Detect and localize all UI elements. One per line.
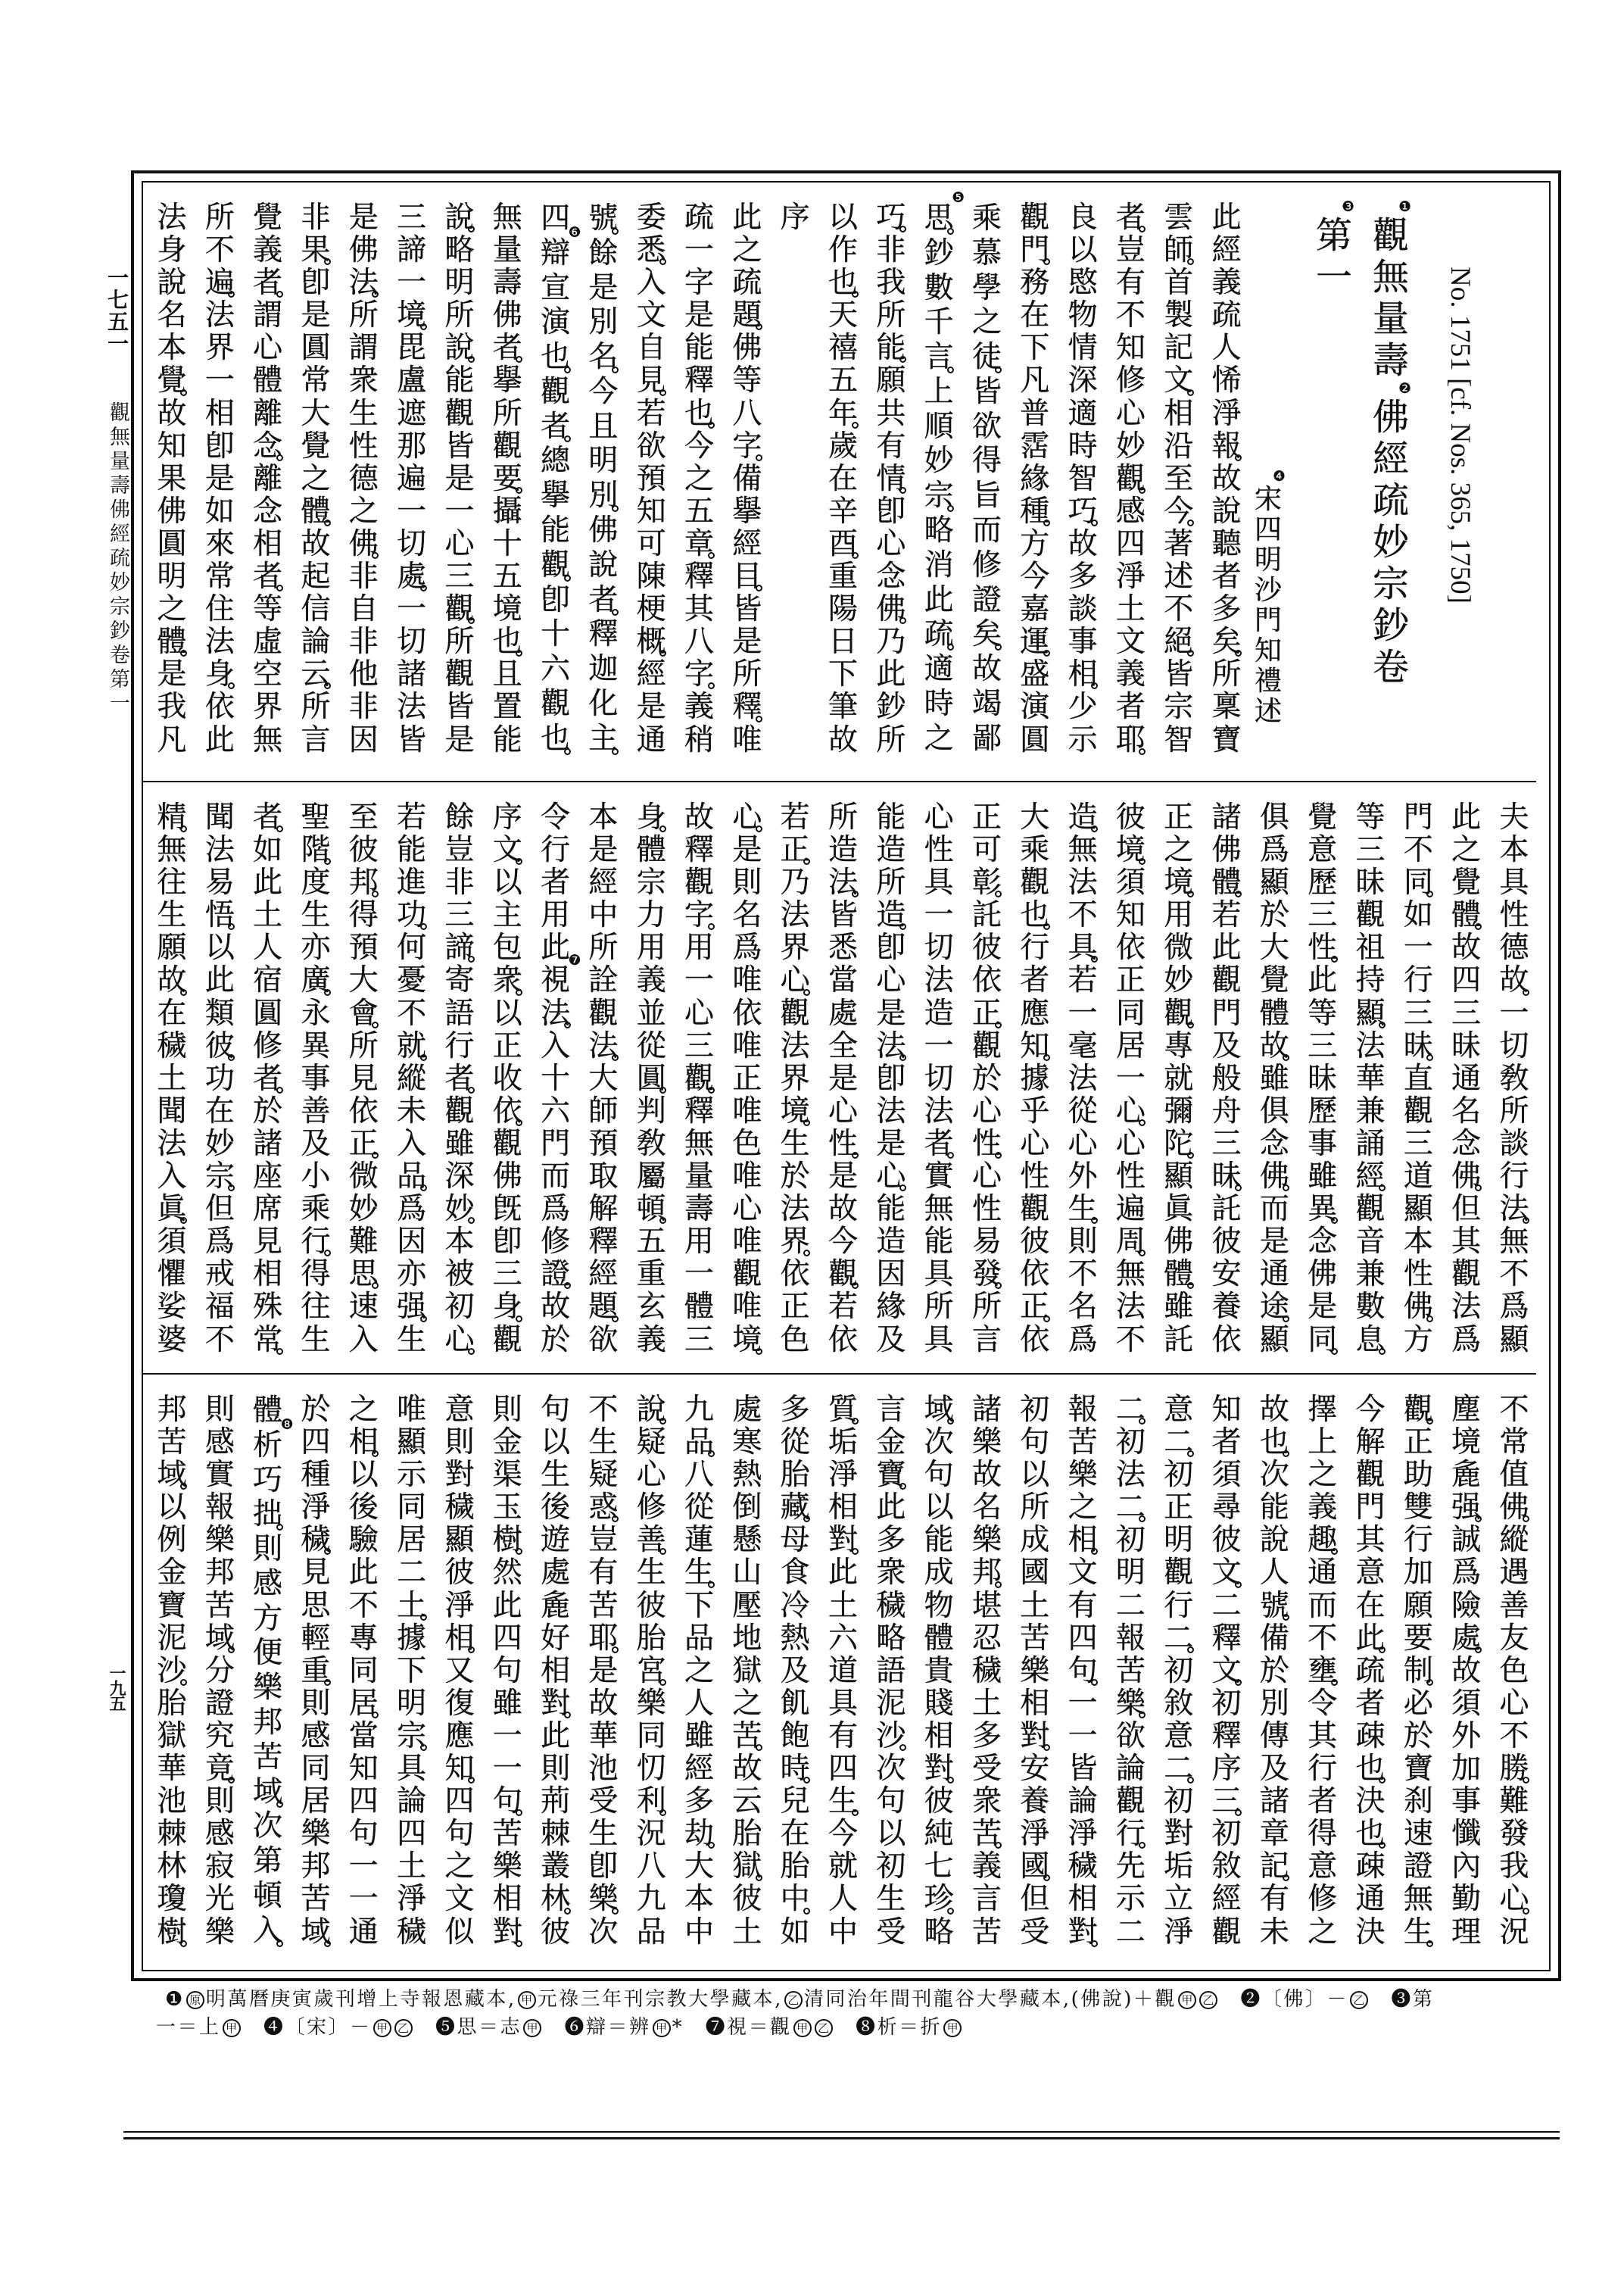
glyph: 雖 [1299, 1160, 1346, 1193]
glyph: 絕 [1155, 626, 1202, 658]
glyph: 則 [196, 1785, 243, 1818]
glyph: 法 [868, 1030, 915, 1063]
glyph: 穢 [436, 1491, 483, 1524]
glyph: 如 [245, 834, 291, 866]
text-column: 初句以所成國土苦樂相對。安養淨國。但受 [1011, 1393, 1058, 1949]
glyph: 心 [245, 332, 291, 364]
glyph: 演 [532, 305, 579, 340]
glyph: 謂 [245, 299, 291, 332]
glyph: 難 [340, 1225, 387, 1258]
glyph: 釋 [1203, 1622, 1250, 1655]
glyph: 觀 [1347, 1193, 1394, 1225]
glyph: 千 [915, 305, 962, 340]
glyph: 雖 [1251, 1063, 1298, 1095]
glyph: 二 [1107, 1491, 1154, 1524]
text-column: 言金寶。此多衆穢略語泥沙。次句以初生受 [868, 1393, 915, 1949]
glyph: 祖 [1347, 932, 1394, 964]
glyph: 座 [245, 1160, 291, 1193]
glyph: 依 [1011, 1324, 1058, 1356]
glyph: 衆 [484, 964, 531, 997]
glyph: 之 [1155, 834, 1202, 866]
glyph: 七 [915, 1850, 962, 1883]
glyph: 德 [340, 463, 387, 495]
glyph: 境 [1155, 866, 1202, 899]
glyph: 觀 [436, 398, 483, 430]
glyph: 者 [245, 560, 291, 593]
glyph: 爲 [1443, 1324, 1490, 1356]
glyph: 悟 [196, 899, 243, 932]
glyph: 後 [340, 1491, 387, 1524]
glyph: 戒 [196, 1258, 243, 1290]
glyph: 義 [1203, 267, 1250, 299]
text-column: 諸樂故名樂邦。堪忍穢土多受衆苦。義言苦 [963, 1393, 1010, 1949]
glyph: 巧 [868, 201, 915, 234]
glyph: 皆 [820, 899, 867, 932]
glyph: 心 [868, 964, 915, 997]
glyph: 感 [245, 1567, 291, 1602]
glyph: 他 [340, 658, 387, 691]
glyph: 入 [245, 1914, 291, 1949]
glyph: 委 [628, 201, 675, 234]
glyph: 諸 [1251, 1785, 1298, 1818]
glyph: 今 [1011, 560, 1058, 593]
glyph: 體 [915, 1622, 962, 1655]
glyph: 法 [340, 267, 387, 299]
glyph: 德 [1491, 932, 1538, 964]
glyph: 可 [963, 834, 1010, 866]
glyph: 義 [1107, 658, 1154, 691]
glyph: 境 [724, 1324, 771, 1356]
glyph: 正 [724, 1063, 771, 1095]
glyph: 寶 [1395, 1752, 1442, 1785]
glyph: 度 [292, 866, 339, 899]
glyph: 用 [532, 899, 579, 932]
glyph: 略 [868, 1622, 915, 1655]
glyph: 行 [1395, 1524, 1442, 1556]
glyph: 此 [1443, 801, 1490, 834]
glyph: 胎 [771, 1850, 818, 1883]
glyph: 永 [292, 997, 339, 1030]
glyph: 險 [1443, 1590, 1490, 1622]
glyph: 一 [1059, 1720, 1106, 1752]
glyph: 佛 [340, 528, 387, 560]
glyph: 易 [196, 866, 243, 899]
glyph: 鈔 [915, 236, 962, 271]
glyph: 界 [245, 691, 291, 723]
glyph: 生 [771, 1128, 818, 1160]
glyph: 果 [292, 234, 339, 267]
glyph: 體 [1443, 899, 1490, 932]
glyph: 道 [820, 1655, 867, 1687]
glyph: 品 [676, 1622, 723, 1655]
glyph: 則 [245, 1532, 291, 1567]
glyph: 修 [245, 1030, 291, 1063]
glyph: 受 [868, 1916, 915, 1949]
glyph: 見 [245, 1225, 291, 1258]
glyph: 如 [196, 495, 243, 528]
glyph: 此 [1347, 1622, 1394, 1655]
text-column: 知者須尋彼文。二釋文。初釋序三。初敘經觀 [1203, 1393, 1250, 1949]
glyph: 釋 [1203, 1720, 1250, 1752]
glyph: 觀 [1347, 1459, 1394, 1491]
glyph: 胎 [628, 1622, 675, 1655]
text-column: 覺意歷三性。此等三昧歷事雖異。念佛是同。 [1299, 801, 1346, 1356]
glyph: 乃 [771, 866, 818, 899]
glyph: 疏 [676, 201, 723, 234]
edition-siglum: 乙 [1199, 1991, 1217, 2009]
glyph: 性 [1395, 1258, 1442, 1290]
glyph: 者 [580, 583, 627, 618]
glyph: 上 [915, 375, 962, 410]
glyph: 八 [628, 1850, 675, 1883]
glyph: 光 [196, 1883, 243, 1915]
glyph: 聖 [292, 801, 339, 834]
glyph: 得 [963, 444, 1010, 479]
glyph: 必 [1395, 1687, 1442, 1720]
glyph: 論 [292, 626, 339, 658]
glyph: 雙 [1395, 1491, 1442, 1524]
glyph: 專 [1155, 1030, 1202, 1063]
glyph: 種 [292, 1459, 339, 1491]
glyph: 須 [1203, 1459, 1250, 1491]
glyph: 共 [868, 398, 915, 430]
glyph: 者 [245, 1063, 291, 1095]
glyph: 遍 [388, 463, 435, 495]
glyph: 行 [436, 1030, 483, 1063]
glyph: 善 [628, 1524, 675, 1556]
text-column: 邦苦域。以例金寶泥沙。胎獄華池棘林瓊樹。 [148, 1393, 195, 1949]
glyph: 正 [771, 834, 818, 866]
glyph: 淨 [1203, 398, 1250, 430]
glyph: 言 [292, 724, 339, 757]
glyph: 易 [963, 1225, 1010, 1258]
glyph: 等 [1347, 801, 1394, 834]
glyph: 荊 [532, 1785, 579, 1818]
glyph: 今 [820, 1225, 867, 1258]
glyph: 此 [868, 1491, 915, 1524]
glyph: 果 [148, 463, 195, 495]
glyph: 門 [532, 1128, 579, 1160]
glyph: 但 [1011, 1883, 1058, 1915]
footnote-text: 明萬曆庚寅歲刊增上寺報恩藏本, [206, 1988, 516, 2011]
glyph: 法 [1347, 1030, 1394, 1063]
text-column: 俱爲顯於大覺體故。雖俱念佛。而是通途。顯 [1251, 801, 1298, 1356]
glyph: 遊 [532, 1524, 579, 1556]
glyph: 復 [436, 1687, 483, 1720]
glyph: 具 [388, 1752, 435, 1785]
glyph: 宣 [532, 271, 579, 306]
glyph: 樂 [1059, 1459, 1106, 1491]
glyph: 筆 [820, 691, 867, 723]
text-column: 意則對穢顯彼淨相。又復應知。四句之文似 [436, 1393, 483, 1949]
glyph: 助 [1395, 1459, 1442, 1491]
glyph: 竟 [196, 1752, 243, 1785]
glyph: 法 [1059, 1063, 1106, 1095]
glyph: 常 [245, 1324, 291, 1356]
glyph: 淨 [292, 1491, 339, 1524]
glyph: 乃 [868, 626, 915, 658]
glyph: 昧 [1443, 1030, 1490, 1063]
glyph: 方 [1395, 1324, 1442, 1356]
glyph: 初 [1155, 1459, 1202, 1491]
glyph: 爲 [196, 1225, 243, 1258]
glyph: 雖 [484, 1687, 531, 1720]
glyph: 能 [532, 513, 579, 548]
glyph: 林 [148, 1850, 195, 1883]
glyph: 學 [963, 271, 1010, 306]
glyph: 婆 [148, 1324, 195, 1356]
glyph: 性 [963, 1128, 1010, 1160]
glyph: 但 [196, 1193, 243, 1225]
glyph: 相 [1059, 658, 1106, 691]
glyph: 淨 [1011, 1818, 1058, 1850]
glyph: 懼 [148, 1258, 195, 1290]
glyph: 爲 [1491, 1290, 1538, 1323]
glyph: 須 [1443, 1687, 1490, 1720]
glyph: 彼 [915, 1785, 962, 1818]
glyph: 明 [388, 1687, 435, 1720]
text-column: 多從胎藏。母食冷熱及飢飽時。兒在胎中。如 [771, 1393, 818, 1949]
glyph: 刹 [1395, 1785, 1442, 1818]
glyph: 云 [292, 658, 339, 691]
glyph: 然 [484, 1556, 531, 1589]
glyph: 略 [915, 1916, 962, 1949]
edition-siglum: 甲 [793, 2019, 812, 2037]
glyph: 依 [724, 997, 771, 1030]
glyph: 非 [292, 201, 339, 234]
text-column: 四❻辯宣演也。觀者。總擧能觀。卽十六觀也。 [532, 201, 579, 757]
glyph: 中 [580, 899, 627, 932]
glyph: 少 [1059, 691, 1106, 723]
glyph: 心 [1059, 1128, 1106, 1160]
glyph: 觀 [1107, 463, 1154, 495]
glyph: 生 [532, 1459, 579, 1491]
glyph: 題 [580, 1290, 627, 1323]
glyph: 是 [628, 691, 675, 723]
glyph: 一 [915, 1030, 962, 1063]
glyph: 昧 [1395, 1030, 1442, 1063]
glyph: 倒 [724, 1491, 771, 1524]
glyph: 相 [1155, 398, 1202, 430]
glyph: 用 [676, 1225, 723, 1258]
glyph: 多 [1203, 593, 1250, 626]
glyph: 況 [1491, 1916, 1538, 1949]
glyph: 處 [388, 560, 435, 593]
glyph: 界 [196, 332, 243, 364]
glyph: 界 [771, 1063, 818, 1095]
glyph: 旨 [963, 479, 1010, 513]
edition-siglum: 甲 [373, 2019, 391, 2037]
glyph: 玄 [628, 1290, 675, 1323]
glyph: 人 [676, 1687, 723, 1720]
glyph: 觀 [436, 658, 483, 691]
glyph: 今 [580, 375, 627, 410]
glyph: 竭 [963, 687, 1010, 722]
glyph: 霑 [1011, 430, 1058, 463]
glyph: 心 [963, 1160, 1010, 1193]
glyph: 樂 [963, 1524, 1010, 1556]
edition-siglum: 乙 [394, 2019, 413, 2037]
glyph: 我 [868, 267, 915, 299]
glyph: 力 [628, 899, 675, 932]
glyph: 性 [1011, 1160, 1058, 1193]
bottom-rule-lower [123, 2137, 1560, 2139]
glyph: 無 [1491, 1225, 1538, 1258]
glyph: 願 [868, 364, 915, 397]
glyph: 依 [771, 1258, 818, 1290]
glyph: 淨 [436, 1590, 483, 1622]
glyph: 生 [1395, 1916, 1442, 1949]
glyph: 是 [580, 1655, 627, 1687]
glyph: 知 [1107, 332, 1154, 364]
glyph: 嘉 [1011, 593, 1058, 626]
glyph: 以 [484, 997, 531, 1030]
glyph: 三 [1299, 1030, 1346, 1063]
glyph: 入 [388, 1128, 435, 1160]
glyph: 觀 [484, 1128, 531, 1160]
glyph: 句 [915, 1459, 962, 1491]
glyph: 所 [868, 299, 915, 332]
glyph: 著 [1155, 528, 1202, 560]
glyph: 念 [1299, 1225, 1346, 1258]
glyph: 觀 [820, 1258, 867, 1290]
glyph: 決 [1347, 1785, 1394, 1818]
text-column: 序文。以主包衆。以正收依。觀佛旣卽三身。觀 [484, 801, 531, 1356]
glyph: 心 [436, 528, 483, 560]
glyph: 一 [676, 964, 723, 997]
glyph: 願 [148, 932, 195, 964]
glyph: 擧 [724, 495, 771, 528]
glyph: 文 [1203, 1556, 1250, 1589]
footnote-text: ❸第 [1370, 1988, 1435, 2011]
glyph: 無 [484, 201, 531, 234]
glyph: 顯 [388, 1426, 435, 1459]
glyph: 觀 [1011, 866, 1058, 899]
glyph: 故 [1443, 1655, 1490, 1687]
text-column: 雲師。首製記文。相沿至今。著述不絕。皆宗智 [1155, 201, 1202, 757]
glyph: 句 [484, 1785, 531, 1818]
glyph: 次 [580, 1916, 627, 1949]
glyph: 專 [340, 1622, 387, 1655]
glyph: 外 [1059, 1160, 1106, 1193]
glyph: 心 [1107, 1095, 1154, 1128]
glyph: 階 [292, 834, 339, 866]
glyph: 且 [580, 410, 627, 445]
glyph: 貴 [915, 1655, 962, 1687]
glyph: 知 [1011, 1030, 1058, 1063]
glyph: 悕 [1203, 364, 1250, 397]
glyph: 域 [915, 1393, 962, 1426]
glyph: 卽 [868, 495, 915, 528]
glyph: 觀 [1203, 1916, 1250, 1949]
glyph: 聞 [196, 801, 243, 834]
glyph: 得 [1299, 1818, 1346, 1850]
glyph: 發 [1491, 1818, 1538, 1850]
edition-siglum: 甲 [1178, 1991, 1196, 2009]
glyph: 之 [340, 495, 387, 528]
glyph: 此 [868, 658, 915, 691]
glyph: 同 [1395, 866, 1442, 899]
glyph: 緣 [868, 1290, 915, 1323]
text-column: 正可彰。託彼依正。觀於心性。心性易發。所言 [963, 801, 1010, 1356]
glyph: 多 [1059, 560, 1106, 593]
glyph: 皆 [724, 593, 771, 626]
glyph: 穢 [1059, 1850, 1106, 1883]
glyph: 似 [436, 1916, 483, 1949]
glyph: 不 [1059, 899, 1106, 932]
glyph: 忉 [628, 1752, 675, 1785]
glyph: 論 [1059, 1785, 1106, 1818]
glyph: 初 [1155, 1655, 1202, 1687]
glyph: 預 [628, 463, 675, 495]
glyph: 云 [724, 1785, 771, 1818]
glyph: 談 [1059, 593, 1106, 626]
glyph: 陽 [820, 593, 867, 626]
glyph: 華 [1347, 1063, 1394, 1095]
glyph: 也 [1347, 1752, 1394, 1785]
glyph: 三 [1299, 899, 1346, 932]
glyph: 卽 [868, 932, 915, 964]
glyph: 以 [1011, 1459, 1058, 1491]
glyph: 言 [963, 1883, 1010, 1915]
glyph: 生 [1059, 1193, 1106, 1225]
glyph: 正 [1155, 1491, 1202, 1524]
glyph: 及 [292, 1128, 339, 1160]
glyph: 九 [628, 1883, 675, 1915]
glyph: 非 [340, 626, 387, 658]
glyph: 縱 [1491, 1524, 1538, 1556]
glyph: 多 [963, 1720, 1010, 1752]
glyph: 皆 [1155, 658, 1202, 691]
glyph: 備 [724, 463, 771, 495]
glyph: 迦 [580, 652, 627, 687]
glyph: 諸 [963, 1393, 1010, 1426]
glyph: 是 [820, 1063, 867, 1095]
glyph: 盛 [1011, 658, 1058, 691]
glyph: 究 [196, 1720, 243, 1752]
glyph: 微 [1155, 932, 1202, 964]
glyph: 法 [771, 899, 818, 932]
glyph: 色 [1491, 1655, 1538, 1687]
glyph: 法 [148, 1128, 195, 1160]
glyph: 兼 [1347, 1095, 1394, 1128]
glyph: 此 [196, 724, 243, 757]
glyph: 三 [676, 1030, 723, 1063]
glyph: 從 [628, 1030, 675, 1063]
glyph: 初 [1203, 1818, 1250, 1850]
glyph: 釋 [580, 617, 627, 652]
glyph: 託 [963, 899, 1010, 932]
glyph: 法 [1491, 1193, 1538, 1225]
glyph: 樂 [245, 1671, 291, 1706]
glyph: 內 [1443, 1850, 1490, 1883]
glyph: 沿 [1155, 430, 1202, 463]
glyph: 也 [676, 398, 723, 430]
glyph: 釋 [676, 560, 723, 593]
glyph: 宗 [388, 1720, 435, 1752]
glyph: 及 [1203, 1030, 1250, 1063]
glyph: 之 [963, 305, 1010, 340]
glyph: 章 [1251, 1818, 1298, 1850]
glyph: 則 [724, 866, 771, 899]
glyph: 乘 [292, 1193, 339, 1225]
glyph: 宿 [245, 964, 291, 997]
glyph: 友 [1491, 1622, 1538, 1655]
glyph: 分 [196, 1655, 243, 1687]
glyph: 是 [292, 299, 339, 332]
glyph: 稟 [1203, 691, 1250, 723]
glyph: 是 [676, 299, 723, 332]
